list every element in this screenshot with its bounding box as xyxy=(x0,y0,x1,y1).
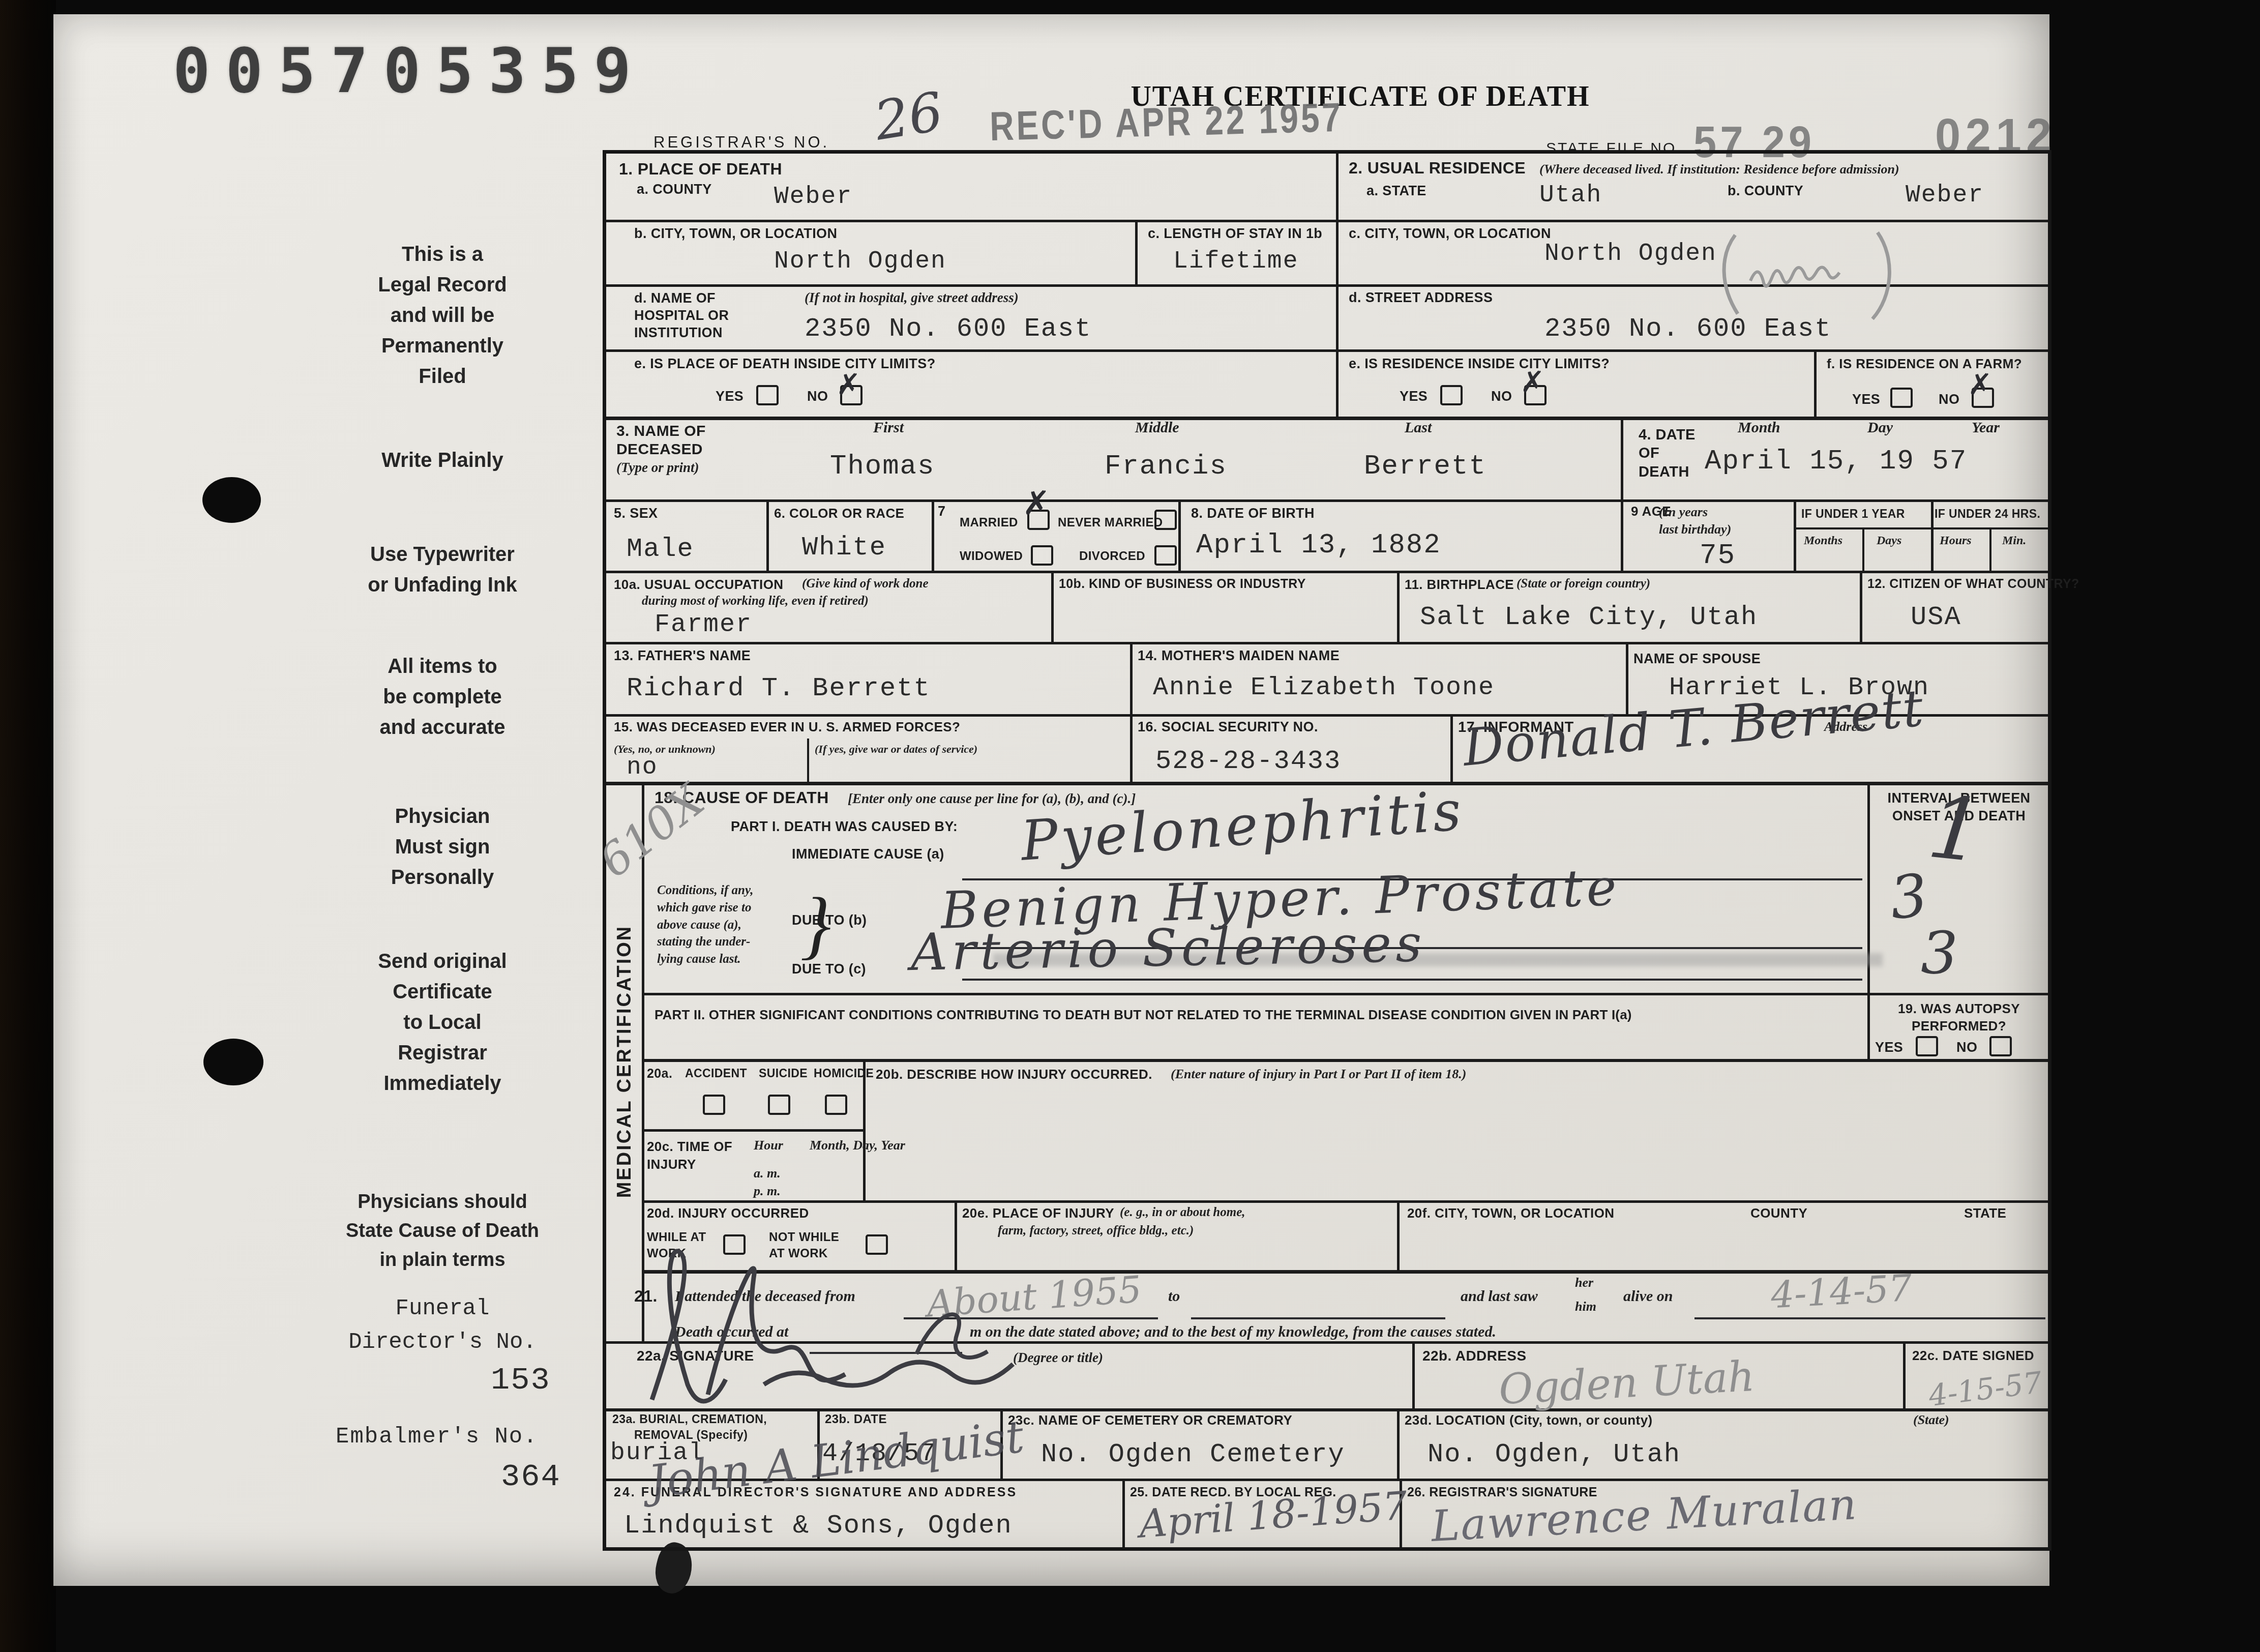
name-last-header: Last xyxy=(1405,419,1432,436)
physician-signature-scribble xyxy=(632,1232,1028,1410)
marital-divorced-label: DIVORCED xyxy=(1079,549,1145,564)
part1-label: PART I. DEATH WAS CAUSED BY: xyxy=(731,819,958,835)
marital-number: 7 xyxy=(938,504,945,519)
residence-title-note: (Where deceased lived. If institution: R… xyxy=(1539,162,1899,177)
part2-label: PART II. OTHER SIGNIFICANT CONDITIONS CO… xyxy=(655,1007,1632,1023)
date-of-death-day-header: Day xyxy=(1867,419,1893,436)
marital-widowed-checkbox xyxy=(1031,545,1053,566)
under-24-hrs-header: IF UNDER 24 HRS. xyxy=(1935,507,2040,521)
sex-label: 5. SEX xyxy=(614,506,658,521)
registrar-no-label: REGISTRAR'S NO. xyxy=(653,133,829,152)
injury-state-label: STATE xyxy=(1964,1205,2006,1221)
farm-yes-checkbox xyxy=(1890,388,1913,408)
min-header: Min. xyxy=(2002,534,2026,548)
birthplace-value: Salt Lake City, Utah xyxy=(1420,602,1758,632)
residence-limits-yes: YES xyxy=(1400,389,1428,404)
name-of-deceased-label: 3. NAME OF DECEASED xyxy=(616,422,706,459)
dob-value: April 13, 1882 xyxy=(1196,530,1441,561)
race-value: White xyxy=(802,533,886,563)
mother-value: Annie Elizabeth Toone xyxy=(1153,673,1495,702)
place-limits-yes-checkbox xyxy=(756,385,779,405)
mother-label: 14. MOTHER'S MAIDEN NAME xyxy=(1138,648,1340,664)
location-value: No. Ogden, Utah xyxy=(1428,1439,1681,1469)
residence-city-label: c. CITY, TOWN, OR LOCATION xyxy=(1349,226,1551,242)
pm-label: p. m. xyxy=(754,1184,781,1199)
punch-hole-bottom xyxy=(203,1039,263,1085)
farm-yes: YES xyxy=(1852,392,1880,407)
suicide-label: SUICIDE xyxy=(759,1067,808,1080)
cemetery-label: 23c. NAME OF CEMETERY OR CREMATORY xyxy=(1008,1412,1292,1428)
armed-forces-note2: (If yes, give war or dates of service) xyxy=(815,743,977,756)
due-to-b-label: DUE TO (b) xyxy=(792,912,867,928)
burial-label: 23a. BURIAL, CREMATION, xyxy=(612,1412,767,1426)
place-limits-label: e. IS PLACE OF DEATH INSIDE CITY LIMITS? xyxy=(634,356,936,372)
conditions-note: Conditions, if any, which gave rise to a… xyxy=(657,882,753,968)
date-signed-value: 4-15-57 xyxy=(1927,1365,2044,1413)
margin-use-typewriter: Use Typewriter or Unfading Ink xyxy=(310,539,575,600)
address-label: 22b. ADDRESS xyxy=(1422,1348,1526,1364)
margin-write-plainly: Write Plainly xyxy=(310,445,575,476)
father-label: 13. FATHER'S NAME xyxy=(614,648,751,664)
street-address-value: 2350 No. 600 East xyxy=(1544,314,1832,344)
accident-label: ACCIDENT xyxy=(685,1067,747,1080)
father-value: Richard T. Berrett xyxy=(627,673,931,703)
margin-physician-sign: Physician Must sign Personally xyxy=(310,801,575,893)
date-of-death-year-header: Year xyxy=(1972,419,2000,436)
residence-county-value: Weber xyxy=(1906,182,1984,209)
armed-forces-label: 15. WAS DECEASED EVER IN U. S. ARMED FOR… xyxy=(614,719,960,735)
location-state-note: (State) xyxy=(1913,1412,1949,1428)
date-signed-label: 22c. DATE SIGNED xyxy=(1912,1348,2034,1364)
citizen-value: USA xyxy=(1911,602,1961,632)
name-last-value: Berrett xyxy=(1364,451,1486,482)
residence-limits-no: NO xyxy=(1491,389,1512,404)
funeral-director-typed: Lindquist & Sons, Ogden xyxy=(624,1511,1013,1541)
ssn-value: 528-28-3433 xyxy=(1155,746,1341,776)
birthplace-note: (State or foreign country) xyxy=(1516,577,1650,591)
death-occurred-text2: m on the date stated above; and to the b… xyxy=(970,1323,1496,1341)
margin-plain-terms: Physicians should State Cause of Death i… xyxy=(300,1188,585,1275)
funeral-director-no-value: 153 xyxy=(491,1362,551,1398)
hospital-label: d. NAME OF HOSPITAL OR INSTITUTION xyxy=(634,290,729,341)
under-1-year-header: IF UNDER 1 YEAR xyxy=(1801,507,1905,521)
autopsy-label: 19. WAS AUTOPSY PERFORMED? xyxy=(1875,1000,2043,1035)
sex-value: Male xyxy=(627,534,694,564)
months-header: Months xyxy=(1804,534,1842,548)
margin-legal-record: This is a Legal Record and will be Perma… xyxy=(310,239,575,392)
date-of-death-value: April 15, 19 57 xyxy=(1705,446,1967,477)
location-label: 23d. LOCATION (City, town, or county) xyxy=(1405,1412,1653,1428)
residence-state-label: a. STATE xyxy=(1366,183,1426,199)
farm-no: NO xyxy=(1939,392,1959,407)
autopsy-no-checkbox xyxy=(1989,1036,2012,1056)
name-type-note: (Type or print) xyxy=(616,460,699,476)
pencil-scribble-annotation xyxy=(1715,220,1898,321)
margin-send-original: Send original Certificate to Local Regis… xyxy=(310,946,575,1099)
marital-never-checkbox xyxy=(1154,510,1177,530)
punch-hole-top xyxy=(202,477,261,523)
place-limits-no-xmark: ✗ xyxy=(836,370,861,399)
residence-limits-label: e. IS RESIDENCE INSIDE CITY LIMITS? xyxy=(1349,356,1610,372)
describe-injury-note: (Enter nature of injury in Part I or Par… xyxy=(1171,1067,1466,1082)
place-city-value: North Ogden xyxy=(774,248,946,275)
hospital-value: 2350 No. 600 East xyxy=(805,314,1092,344)
marital-widowed-label: WIDOWED xyxy=(960,549,1023,564)
residence-limits-no-xmark: ✗ xyxy=(1520,367,1545,397)
name-middle-header: Middle xyxy=(1135,419,1179,436)
cemetery-value: No. Ogden Cemetery xyxy=(1041,1439,1345,1469)
scanner-background xyxy=(0,0,56,1652)
residence-city-value: North Ogden xyxy=(1544,240,1717,268)
pencil-code-610x: 610X xyxy=(589,774,714,888)
received-date-stamp: REC'D APR 22 1957 xyxy=(989,94,1344,150)
hospital-note: (If not in hospital, give street address… xyxy=(805,290,1019,306)
street-address-label: d. STREET ADDRESS xyxy=(1349,290,1493,306)
occupation-note2: during most of working life, even if ret… xyxy=(642,594,869,608)
residence-state-value: Utah xyxy=(1539,182,1602,209)
autopsy-no: NO xyxy=(1956,1040,1977,1055)
address-value: Ogden Utah xyxy=(1498,1352,1756,1414)
name-middle-value: Francis xyxy=(1105,451,1227,482)
am-label: a. m. xyxy=(754,1166,781,1181)
occupation-note: (Give kind of work done xyxy=(802,577,929,591)
spouse-label: NAME OF SPOUSE xyxy=(1633,651,1761,667)
marital-married-label: MARRIED xyxy=(960,516,1018,530)
him-label: him xyxy=(1575,1299,1596,1314)
date-of-death-month-header: Month xyxy=(1738,419,1780,436)
occupation-value: Farmer xyxy=(655,610,752,639)
interval-c-value: 3 xyxy=(1921,919,1958,987)
homicide-label: HOMICIDE xyxy=(814,1067,874,1080)
age-value: 75 xyxy=(1700,539,1736,572)
alive-on-value: 4-14-57 xyxy=(1770,1266,1913,1316)
stamped-serial-number: 005705359 xyxy=(173,35,646,107)
mdy-label: Month, Day, Year xyxy=(810,1138,905,1153)
armed-forces-value: no xyxy=(627,754,658,781)
certificate-form: 1. PLACE OF DEATH a. COUNTY Weber 2. USU… xyxy=(603,150,2051,1551)
cause-c-handwriting: Arterio Scleroses xyxy=(910,913,1426,982)
birthplace-label: 11. BIRTHPLACE xyxy=(1405,577,1514,593)
race-label: 6. COLOR OR RACE xyxy=(774,506,904,521)
place-limits-yes: YES xyxy=(716,389,744,404)
residence-limits-yes-checkbox xyxy=(1440,385,1463,405)
place-county-value: Weber xyxy=(774,183,852,211)
hour-label: Hour xyxy=(754,1138,783,1153)
days-header: Days xyxy=(1877,534,1901,548)
marital-married-xmark: ✗ xyxy=(1022,487,1050,520)
to-label: to xyxy=(1168,1288,1180,1305)
describe-injury-label: 20b. DESCRIBE HOW INJURY OCCURRED. xyxy=(876,1067,1152,1082)
injury-city-label: 20f. CITY, TOWN, OR LOCATION xyxy=(1407,1205,1614,1221)
injury-county-label: COUNTY xyxy=(1750,1205,1807,1221)
embalmer-no-label: Embalmer's No. xyxy=(336,1424,538,1450)
last-saw-text: and last saw xyxy=(1461,1288,1538,1305)
length-of-stay-label: c. LENGTH OF STAY IN 1b xyxy=(1148,226,1322,242)
scanned-death-certificate: 005705359 UTAH CERTIFICATE OF DEATH REGI… xyxy=(0,0,2260,1652)
autopsy-yes-checkbox xyxy=(1916,1036,1938,1056)
autopsy-yes: YES xyxy=(1875,1040,1903,1055)
place-limits-no: NO xyxy=(807,389,828,404)
time-of-injury-label: 20c. TIME OF INJURY xyxy=(647,1138,732,1173)
interval-a-value: 1 xyxy=(1923,777,1988,882)
immediate-cause-label: IMMEDIATE CAUSE (a) xyxy=(792,846,944,862)
alive-on-underline xyxy=(1694,1317,2045,1319)
residence-county-label: b. COUNTY xyxy=(1728,183,1803,199)
place-of-death-title: 1. PLACE OF DEATH xyxy=(619,160,782,179)
injury-occurred-label: 20d. INJURY OCCURRED xyxy=(647,1205,809,1221)
place-city-label: b. CITY, TOWN, OR LOCATION xyxy=(634,226,837,242)
homicide-checkbox xyxy=(825,1095,847,1115)
date-of-death-label: 4. DATE OF DEATH xyxy=(1639,426,1696,481)
alive-on-text: alive on xyxy=(1623,1288,1673,1305)
ssn-label: 16. SOCIAL SECURITY NO. xyxy=(1138,719,1318,735)
accident-checkbox xyxy=(703,1095,725,1115)
due-to-c-label: DUE TO (c) xyxy=(792,961,866,977)
business-label: 10b. KIND OF BUSINESS OR INDUSTRY xyxy=(1059,577,1306,592)
certificate-paper: 005705359 UTAH CERTIFICATE OF DEATH REGI… xyxy=(53,14,2049,1586)
residence-title: 2. USUAL RESIDENCE xyxy=(1349,159,1526,178)
funeral-director-no-label: Funeral Director's No. xyxy=(310,1292,575,1359)
attended-to-underline xyxy=(1191,1317,1445,1319)
dob-label: 8. DATE OF BIRTH xyxy=(1191,506,1315,521)
name-first-header: First xyxy=(873,419,904,436)
margin-all-items: All items to be complete and accurate xyxy=(310,651,575,743)
s20a-number: 20a. xyxy=(647,1067,672,1081)
occupation-label: 10a. USUAL OCCUPATION xyxy=(614,577,783,593)
place-of-injury-label: 20e. PLACE OF INJURY xyxy=(962,1205,1114,1221)
hours-header: Hours xyxy=(1940,534,1972,548)
farm-label: f. IS RESIDENCE ON A FARM? xyxy=(1827,356,2022,372)
citizen-label: 12. CITIZEN OF WHAT COUNTRY? xyxy=(1867,577,2079,592)
embalmer-no-value: 364 xyxy=(501,1459,561,1495)
marital-never-label: NEVER MARRIED xyxy=(1058,516,1163,530)
place-county-label: a. COUNTY xyxy=(637,182,712,197)
farm-no-xmark: ✗ xyxy=(1968,370,1993,399)
suicide-checkbox xyxy=(768,1095,790,1115)
burial-date-label: 23b. DATE xyxy=(825,1412,887,1427)
place-of-injury-note: (e. g., in or about home, xyxy=(1120,1205,1245,1220)
registrar-no-value: 26 xyxy=(870,80,947,152)
name-first-value: Thomas xyxy=(830,451,935,482)
her-label: her xyxy=(1575,1275,1593,1290)
age-note: (In years last birthday) xyxy=(1659,504,1731,538)
length-of-stay-value: Lifetime xyxy=(1173,248,1298,275)
marital-divorced-checkbox xyxy=(1154,545,1177,566)
